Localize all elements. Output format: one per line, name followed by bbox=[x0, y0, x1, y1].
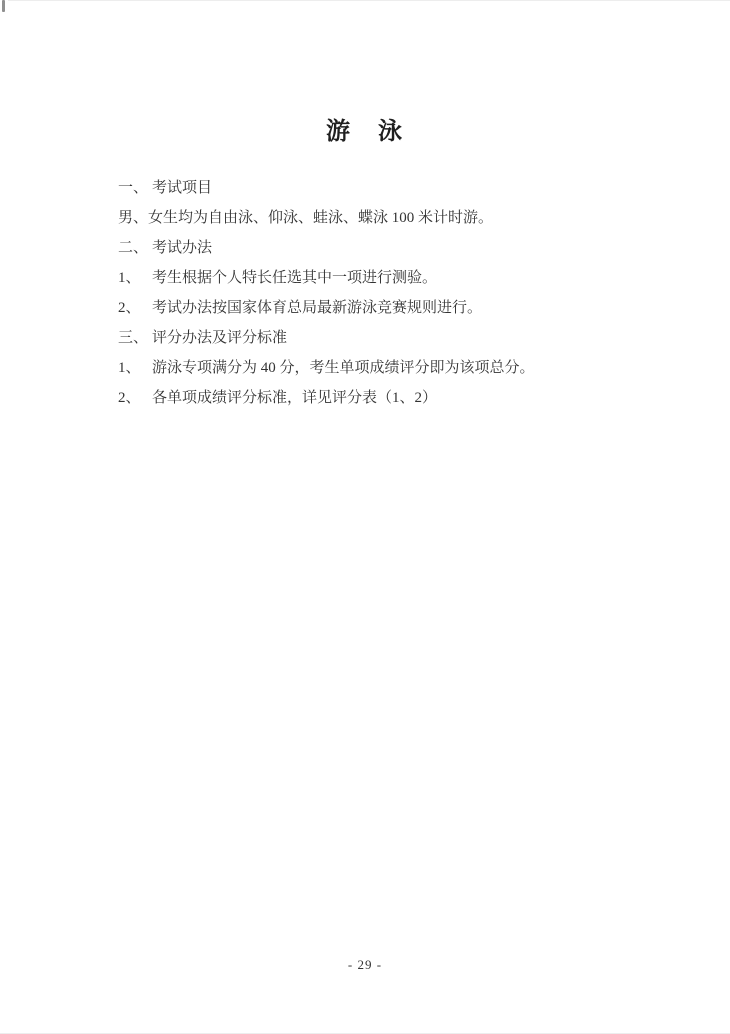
list-item-method-1: 1、考生根据个人特长任选其中一项进行测验。 bbox=[118, 263, 630, 293]
section-heading-exam-method: 二、考试办法 bbox=[118, 233, 630, 263]
section-heading-text: 评分办法及评分标准 bbox=[152, 330, 287, 346]
scan-edge-top bbox=[8, 0, 730, 1]
list-item-scoring-1: 1、游泳专项满分为 40 分，考生单项成绩评分即为该项总分。 bbox=[118, 353, 630, 383]
list-item-text: 考试办法按国家体育总局最新游泳竞赛规则进行。 bbox=[152, 300, 482, 316]
list-item-text: 游泳专项满分为 40 分，考生单项成绩评分即为该项总分。 bbox=[152, 360, 535, 376]
list-item-number: 1、 bbox=[118, 263, 152, 293]
section-heading-scoring: 三、评分办法及评分标准 bbox=[118, 323, 630, 353]
list-item-text: 考生根据个人特长任选其中一项进行测验。 bbox=[152, 270, 437, 286]
page-title: 游 泳 bbox=[0, 111, 730, 146]
scan-artifact-corner bbox=[2, 0, 5, 12]
list-item-text: 各单项成绩评分标准，详见评分表（1、2） bbox=[152, 390, 437, 406]
section-heading-text: 考试办法 bbox=[152, 240, 212, 256]
paragraph-text: 男、女生均为自由泳、仰泳、蛙泳、蝶泳 100 米计时游。 bbox=[118, 210, 493, 226]
list-item-scoring-2: 2、各单项成绩评分标准，详见评分表（1、2） bbox=[118, 383, 630, 413]
section-heading-exam-items: 一、考试项目 bbox=[118, 173, 630, 203]
section-number: 一、 bbox=[118, 173, 152, 203]
list-item-number: 1、 bbox=[118, 353, 152, 383]
document-body: 一、考试项目 男、女生均为自由泳、仰泳、蛙泳、蝶泳 100 米计时游。 二、考试… bbox=[118, 173, 630, 413]
section-number: 二、 bbox=[118, 233, 152, 263]
list-item-number: 2、 bbox=[118, 293, 152, 323]
list-item-number: 2、 bbox=[118, 383, 152, 413]
paragraph-exam-items: 男、女生均为自由泳、仰泳、蛙泳、蝶泳 100 米计时游。 bbox=[118, 203, 630, 233]
document-page: 游 泳 一、考试项目 男、女生均为自由泳、仰泳、蛙泳、蝶泳 100 米计时游。 … bbox=[0, 0, 730, 1034]
section-number: 三、 bbox=[118, 323, 152, 353]
section-heading-text: 考试项目 bbox=[152, 180, 212, 196]
page-number: - 29 - bbox=[0, 957, 730, 973]
list-item-method-2: 2、考试办法按国家体育总局最新游泳竞赛规则进行。 bbox=[118, 293, 630, 323]
